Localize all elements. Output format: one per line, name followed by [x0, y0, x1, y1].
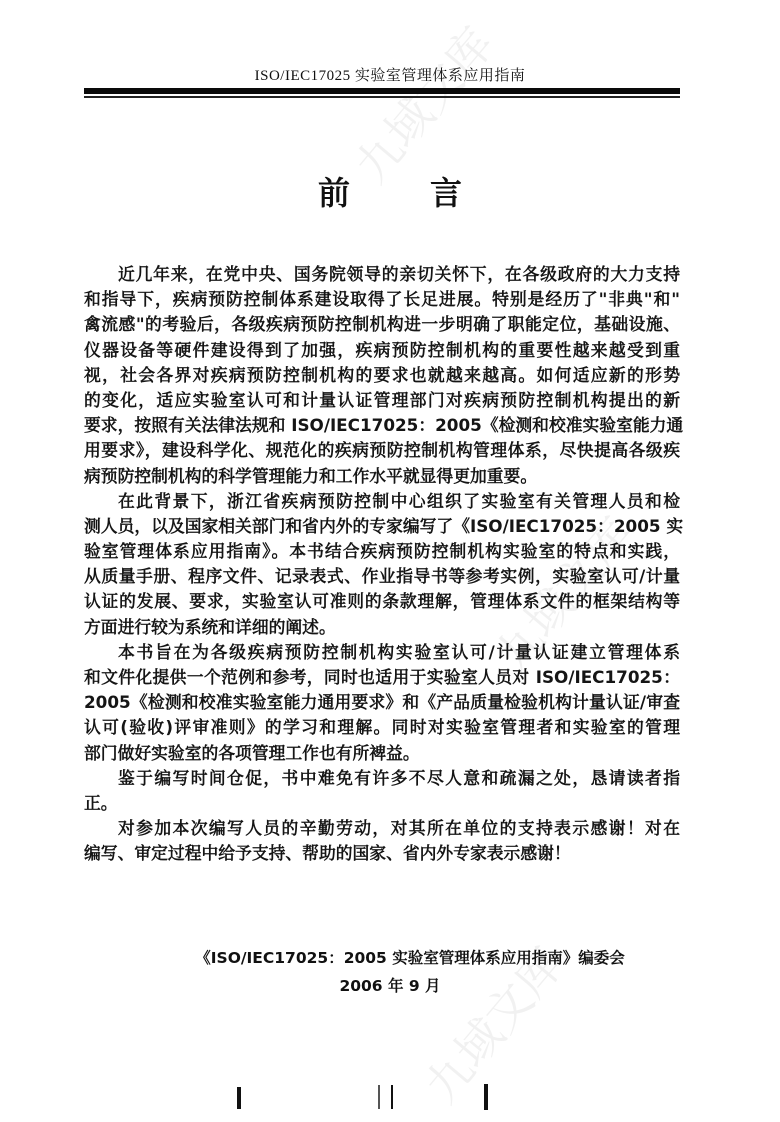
paragraph-line: 和指导下，疾病预防控制体系建设取得了长足进展。特别是经历了"非典"和" [84, 287, 680, 312]
paragraph-line: 认证的发展、要求，实验室认可准则的条款理解，管理体系文件的框架结构等 [84, 589, 680, 614]
paragraph-line: 2005《检测和校准实验室能力通用要求》和《产品质量检验机构计量认证/审查 [84, 690, 680, 715]
paragraph-line: 正。 [84, 791, 680, 816]
paragraph-1: 近几年来，在党中央、国务院领导的亲切关怀下，在各级政府的大力支持 和指导下，疾病… [84, 262, 680, 489]
signoff: 《ISO/IEC17025：2005 实验室管理体系应用指南》编委会 2006 … [0, 944, 780, 1000]
paragraph-line: 验室管理体系应用指南》。本书结合疾病预防控制机构实验室的特点和实践， [84, 539, 680, 564]
paragraph-line: 病预防控制机构的科学管理能力和工作水平就显得更加重要。 [84, 464, 680, 489]
paragraph-line: 方面进行较为系统和详细的阐述。 [84, 615, 680, 640]
paragraph-line: 从质量手册、程序文件、记录表式、作业指导书等参考实例，实验室认可/计量 [84, 564, 680, 589]
paragraph-4: 鉴于编写时间仓促，书中难免有许多不尽人意和疏漏之处，恳请读者指 正。 [84, 766, 680, 816]
paragraph-line: 鉴于编写时间仓促，书中难免有许多不尽人意和疏漏之处，恳请读者指 [84, 766, 680, 791]
paragraph-line: 在此背景下，浙江省疾病预防控制中心组织了实验室有关管理人员和检 [84, 489, 680, 514]
paragraph-line: 编写、审定过程中给予支持、帮助的国家、省内外专家表示感谢！ [84, 841, 680, 866]
paragraph-line: 认可(验收)评审准则》的学习和理解。同时对实验室管理者和实验室的管理 [84, 715, 680, 740]
paragraph-line: 用要求》，建设科学化、规范化的疾病预防控制机构管理体系，尽快提高各级疾 [84, 438, 680, 463]
header-rule-thin [84, 96, 680, 98]
scan-artifact-mark [378, 1085, 380, 1109]
paragraph-line: 本书旨在为各级疾病预防控制机构实验室认可/计量认证建立管理体系 [84, 640, 680, 665]
page-title: 前 言 [0, 168, 780, 214]
running-head: ISO/IEC17025 实验室管理体系应用指南 [0, 64, 780, 85]
paragraph-3: 本书旨在为各级疾病预防控制机构实验室认可/计量认证建立管理体系 和文件化提供一个… [84, 640, 680, 766]
signoff-organization: 《ISO/IEC17025：2005 实验室管理体系应用指南》编委会 [0, 944, 780, 972]
scan-artifact-mark [484, 1084, 488, 1110]
paragraph-5: 对参加本次编写人员的辛勤劳动，对其所在单位的支持表示感谢！对在 编写、审定过程中… [84, 816, 680, 866]
paragraph-line: 部门做好实验室的各项管理工作也有所裨益。 [84, 741, 680, 766]
paragraph-line: 测人员，以及国家相关部门和省内外的专家编写了《ISO/IEC17025：2005… [84, 514, 680, 539]
paragraph-line: 对参加本次编写人员的辛勤劳动，对其所在单位的支持表示感谢！对在 [84, 816, 680, 841]
scan-artifact-mark [391, 1085, 393, 1109]
paragraph-line: 的变化，适应实验室认可和计量认证管理部门对疾病预防控制机构提出的新 [84, 388, 680, 413]
paragraph-line: 视，社会各界对疾病预防控制机构的要求也就越来越高。如何适应新的形势 [84, 363, 680, 388]
signoff-date: 2006 年 9 月 [0, 972, 780, 1000]
paragraph-2: 在此背景下，浙江省疾病预防控制中心组织了实验室有关管理人员和检 测人员，以及国家… [84, 489, 680, 640]
preface-body: 近几年来，在党中央、国务院领导的亲切关怀下，在各级政府的大力支持 和指导下，疾病… [84, 262, 680, 867]
page-title-char-2: 言 [430, 168, 462, 214]
paragraph-line: 要求，按照有关法律法规和 ISO/IEC17025：2005《检测和校准实验室能… [84, 413, 680, 438]
paragraph-line: 和文件化提供一个范例和参考，同时也适用于实验室人员对 ISO/IEC17025： [84, 665, 680, 690]
paragraph-line: 仪器设备等硬件建设得到了加强，疾病预防控制机构的重要性越来越受到重 [84, 338, 680, 363]
page-title-char-1: 前 [318, 168, 350, 214]
paragraph-line: 近几年来，在党中央、国务院领导的亲切关怀下，在各级政府的大力支持 [84, 262, 680, 287]
header-rule-thick [84, 88, 680, 94]
paragraph-line: 禽流感"的考验后，各级疾病预防控制机构进一步明确了职能定位，基础设施、 [84, 312, 680, 337]
scan-artifact-mark [237, 1087, 241, 1109]
